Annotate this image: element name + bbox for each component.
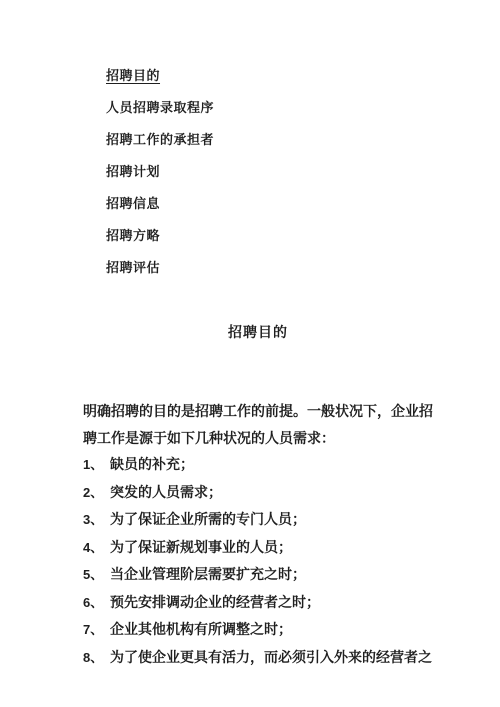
toc-item-label: 人员招聘录取程序: [106, 100, 214, 115]
section-title: 招聘目的: [83, 322, 433, 342]
toc-item-plan: 招聘计划: [106, 156, 500, 188]
list-item-number: 1、: [83, 452, 110, 479]
toc-item-label: 招聘评估: [106, 260, 160, 275]
paragraph-line: 聘工作是源于如下几种状况的人员需求：: [83, 425, 433, 452]
list-item: 6、预先安排调动企业的经营者之时；: [83, 589, 433, 617]
list-item-text: 当企业管理阶层需要扩充之时；: [110, 566, 306, 582]
document-page: 招聘目的 人员招聘录取程序 招聘工作的承担者 招聘计划 招聘信息 招聘方略 招聘…: [0, 0, 500, 707]
list-item-text: 突发的人员需求；: [110, 484, 222, 500]
list-item: 8、为了使企业更具有活力，而必须引入外来的经营者之: [83, 644, 433, 672]
list-item: 3、为了保证企业所需的专门人员；: [83, 506, 433, 534]
list-item: 7、企业其他机构有所调整之时；: [83, 616, 433, 644]
list-item-number: 4、: [83, 535, 110, 562]
toc-item-label: 招聘信息: [106, 196, 160, 211]
list-item-text: 预先安排调动企业的经营者之时；: [110, 594, 320, 610]
toc-item-label: 招聘方略: [106, 228, 160, 243]
toc-item-undertaker: 招聘工作的承担者: [106, 124, 500, 156]
list-item-text: 为了使企业更具有活力，而必须引入外来的经营者之: [110, 649, 432, 665]
toc-item-strategy: 招聘方略: [106, 220, 500, 252]
toc-item-label: 招聘工作的承担者: [106, 132, 214, 147]
list-item-text: 缺员的补充；: [110, 456, 194, 472]
toc-item-label: 招聘目的: [106, 68, 160, 83]
toc-item-label: 招聘计划: [106, 164, 160, 179]
list-item: 2、突发的人员需求；: [83, 479, 433, 507]
toc-item-recruitment-purpose: 招聘目的: [106, 60, 500, 92]
list-item-number: 6、: [83, 590, 110, 617]
toc-item-hiring-procedure: 人员招聘录取程序: [106, 92, 500, 124]
list-item-number: 7、: [83, 617, 110, 644]
list-item-number: 8、: [83, 645, 110, 672]
list-item-text: 为了保证企业所需的专门人员；: [110, 511, 306, 527]
list-item-number: 3、: [83, 507, 110, 534]
paragraph-line: 明确招聘的目的是招聘工作的前提。一般状况下，企业招: [83, 398, 433, 425]
toc-item-evaluation: 招聘评估: [106, 252, 500, 284]
list-item: 5、当企业管理阶层需要扩充之时；: [83, 561, 433, 589]
list-item-number: 5、: [83, 562, 110, 589]
list-item-number: 2、: [83, 480, 110, 507]
list-item-text: 企业其他机构有所调整之时；: [110, 621, 292, 637]
list-item-text: 为了保证新规划事业的人员；: [110, 539, 292, 555]
toc-item-information: 招聘信息: [106, 188, 500, 220]
table-of-contents: 招聘目的 人员招聘录取程序 招聘工作的承担者 招聘计划 招聘信息 招聘方略 招聘…: [106, 60, 500, 284]
list-item: 1、缺员的补充；: [83, 451, 433, 479]
section-body: 明确招聘的目的是招聘工作的前提。一般状况下，企业招 聘工作是源于如下几种状况的人…: [83, 398, 433, 671]
list-item: 4、为了保证新规划事业的人员；: [83, 534, 433, 562]
